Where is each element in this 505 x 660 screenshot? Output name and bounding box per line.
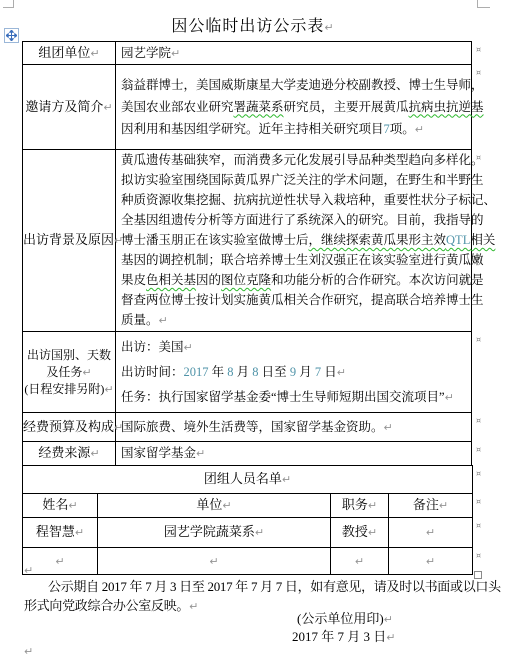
pilcrow-mark: ↵ [222,499,231,512]
pilcrow-mark: ↵ [104,383,113,396]
roster-header-position[interactable]: 职务↵ [331,494,389,518]
form-value-visit-country-duration-task[interactable]: 出访：美国↵出访时间：2017 年 8 月 8 日至 9 月 7 日↵任务：执行… [116,332,472,413]
form-label-budget-composition[interactable]: 经费预算及构成↵ [23,413,116,442]
text-run: 质量。 [121,313,159,327]
roster-row: ↵↵↵↵ [23,548,473,575]
pilcrow-mark: ↵ [282,473,291,486]
text-run: 署蔬菜系 [234,100,284,114]
text-run: (日程安排另附) [24,382,104,396]
roster-header-name[interactable]: 姓名↵ [23,494,98,518]
pilcrow-mark: ↵ [384,421,393,434]
pilcrow-mark: ↵ [439,499,448,512]
text-run: 园艺学院蔬菜系 [164,524,255,539]
form-value-group-unit[interactable]: 园艺学院↵ [116,42,472,65]
form-label-visit-country-duration-task[interactable]: 出访国别、天数及任务↵(日程安排另附)↵ [23,332,116,413]
pilcrow-mark: ↵ [68,499,77,512]
text-run: 督查两位博士按计划实施黄瓜相关合作研究，提高联合培养博士生 [121,293,484,307]
pilcrow-mark: ↵ [82,366,91,379]
text-run: 及任务 [46,365,82,379]
text-run: 年 [232,579,251,594]
roster-cell-position[interactable]: ↵ [331,548,389,575]
end-of-row-mark: ¤ [476,522,481,530]
text-run: 2017 年 7 月 3 日 [292,629,386,644]
roster-section-title[interactable]: 团组人员名单↵ [23,466,473,494]
pilcrow-mark: ↵ [255,526,264,539]
end-of-row-mark: ¤ [476,46,481,54]
form-value-inviter-profile[interactable]: 翁益群博士，美国威斯康星大学麦迪逊分校副教授、博士生导师，美国农业部农业研究署蔬… [116,65,472,150]
pilcrow-mark: ↵ [426,555,435,568]
text-run: 翁益群博士，美国威斯康星大学麦迪逊分校副教授、博士生导师， [121,78,484,92]
pilcrow-mark: ↵ [24,645,33,658]
notice-date-line[interactable]: 2017 年 7 月 3 日↵ [292,627,395,648]
pilcrow-mark: ↵ [196,447,205,460]
text-run: 教授 [342,524,368,539]
text-run: 月 [257,579,276,594]
table-resize-handle[interactable] [474,571,482,579]
text-run: 出访背景及原因 [23,232,114,247]
visit-form-table: 组团单位↵园艺学院↵邀请方及简介↵翁益群博士，美国威斯康星大学麦迪逊分校副教授、… [22,41,472,466]
text-run: 2017 [102,579,127,594]
roster-cell-remark[interactable]: ↵ [389,518,473,548]
end-of-row-mark: ¤ [476,154,481,162]
text-run: 年 [209,365,228,379]
end-of-row-mark: ¤ [476,417,481,425]
end-of-row-mark: ¤ [476,470,481,478]
text-run: 种质资源收集挖掘、抗病抗逆性状导入栽培种，重要性状分子标记、 [121,193,496,207]
text-run: 抗病虫抗逆基 [409,100,484,114]
public-notice-paragraph[interactable]: 公示期自 2017 年 7 月 3 日至 2017 年 7 月 7 日，如有意见… [24,577,476,616]
text-run: 日，如有意见，请及时以书面或以口头 [282,579,501,594]
text-run: 全基因组遗传分析等方面进行了系统深入的研究。目前，我指导的 [121,213,484,227]
text-run: 月 [234,365,253,379]
roster-header-remark[interactable]: 备注↵ [389,494,473,518]
text-run: 职务 [342,497,368,512]
pilcrow-mark: ↵ [324,21,333,34]
form-label-group-unit[interactable]: 组团单位↵ [23,42,116,65]
form-label-visit-background[interactable]: 出访背景及原因↵ [23,150,116,332]
text-run: 出访：美国 [121,340,184,354]
pilcrow-mark: ↵ [189,600,198,613]
text-run: 日至 [176,579,207,594]
form-row-group-unit: 组团单位↵园艺学院↵ [23,42,472,65]
roster-cell-name[interactable]: ↵ [23,548,98,575]
text-run: 项。 [390,122,415,136]
end-of-row-mark: ¤ [476,336,481,344]
pilcrow-mark: ↵ [426,526,435,539]
roster-cell-name[interactable]: 程智慧↵ [23,518,98,548]
pilcrow-mark: ↵ [209,555,218,568]
text-run: 博士潘玉朋正在该实验室做博士后 [121,233,309,247]
text-run: 2017 [208,579,233,594]
text-run: 国际旅费、境外生活费等，国家留学基金资助。 [121,420,384,434]
pilcrow-mark: ↵ [415,123,424,136]
end-of-row-mark: ¤ [476,69,481,77]
text-run: 2017 [184,365,209,379]
text-run: 程智慧 [36,524,75,539]
pilcrow-mark: ↵ [355,555,364,568]
roster-row: 程智慧↵园艺学院蔬菜系↵教授↵↵ [23,518,473,548]
form-value-funding-source[interactable]: 国家留学基金↵ [116,442,472,466]
pilcrow-mark: ↵ [386,631,395,644]
text-run: 因的 [196,273,221,287]
text-run: 形式向党政综合办公室反映。 [24,598,189,613]
roster-cell-unit[interactable]: 园艺学院蔬菜系↵ [98,518,331,548]
end-of-row-mark: ¤ [476,446,481,454]
text-run: 研究员，主要开展黄瓜 [284,100,409,114]
roster-header-row: 姓名↵单位↵职务↵备注↵ [23,494,473,518]
form-row-visit-background: 出访背景及原因↵黄瓜遗传基础狭窄，而消费多元化发展引导品种类型趋向多样化。拟访实… [23,150,472,332]
text-run: 拟访实验室围绕国际黄瓜界广泛关注的学术问题，在野生和半野生 [121,173,484,187]
text-run: 美国农业部农业研究 [121,100,234,114]
text-run: 图位克隆 [221,273,271,287]
text-run: 备注 [413,497,439,512]
roster-cell-position[interactable]: 教授↵ [331,518,389,548]
roster-cell-unit[interactable]: ↵ [98,548,331,575]
text-run: 日至 [259,365,290,379]
personnel-roster-table: 团组人员名单↵姓名↵单位↵职务↵备注↵程智慧↵园艺学院蔬菜系↵教授↵↵↵↵↵↵ [22,465,473,575]
text-run: 和功能分析的合作研究。本次访问就是 [271,273,484,287]
margin-crop-mark-top-left [3,0,14,8]
text-run: 组团单位 [38,45,90,60]
margin-crop-mark-top-right [477,0,490,8]
text-run: 月 [296,365,315,379]
pilcrow-mark: ↵ [337,366,346,379]
pilcrow-mark: ↵ [159,314,168,327]
pilcrow-mark: ↵ [368,499,377,512]
text-run: 姓名 [42,497,68,512]
pilcrow-mark: ↵ [368,526,377,539]
text-run: 相关 [470,233,495,247]
text-run: 经费来源 [38,445,90,460]
table-move-handle[interactable] [4,28,19,43]
pilcrow-mark: ↵ [55,555,64,568]
pilcrow-mark: ↵ [24,564,33,577]
form-label-inviter-profile[interactable]: 邀请方及简介↵ [23,65,116,150]
text-run: 色相关基 [146,273,196,287]
form-label-funding-source[interactable]: 经费来源↵ [23,442,116,466]
text-run: 基因的调控机制；联合培养博士生刘汉强正在该实验室进行黄瓜嫩 [121,253,484,267]
pilcrow-mark: ↵ [384,613,393,626]
roster-section-title-row: 团组人员名单↵ [23,466,473,494]
text-run: 出访国别、天数 [27,348,111,362]
text-run: 黄瓜遗传基础狭窄，而消费多元化发展引导品种类型趋向多样化。 [121,153,484,167]
pilcrow-mark: ↵ [75,526,84,539]
roster-header-unit[interactable]: 单位↵ [98,494,331,518]
end-of-row-mark: ¤ [476,498,481,506]
pilcrow-mark: ↵ [171,47,180,60]
text-run: ，继续探索黄瓜果形主效 [309,233,447,247]
form-value-budget-composition[interactable]: 国际旅费、境外生活费等，国家留学基金资助。↵ [116,413,472,442]
text-run: 日 [321,365,337,379]
form-value-visit-background[interactable]: 黄瓜遗传基础狭窄，而消费多元化发展引导品种类型趋向多样化。拟访实验室围绕国际黄瓜… [116,150,472,332]
text-run: 月 [151,579,170,594]
pilcrow-mark: ↵ [103,101,112,114]
text-run: (公示单位用印) [297,611,384,626]
pilcrow-mark: ↵ [90,47,99,60]
end-of-row-mark: ¤ [476,552,481,560]
text-run: QTL [446,233,470,247]
document-title[interactable]: 因公临时出访公示表↵ [0,13,505,36]
text-run: 果皮 [121,273,146,287]
move-arrows-icon [6,30,17,41]
pilcrow-mark: ↵ [90,447,99,460]
form-row-funding-source: 经费来源↵国家留学基金↵ [23,442,472,466]
text-run: 国家留学基金 [121,446,196,460]
text-run: 邀请方及简介 [25,99,103,114]
text-run: 团组人员名单 [204,471,282,486]
text-run: 公示期自 [48,579,102,594]
text-run: 出访时间： [121,365,184,379]
document-title-text: 因公临时出访公示表 [171,18,324,35]
form-tables: 组团单位↵园艺学院↵邀请方及简介↵翁益群博士，美国威斯康星大学麦迪逊分校副教授、… [22,41,472,575]
roster-cell-remark[interactable]: ↵ [389,548,473,575]
pilcrow-mark: ↵ [184,341,193,354]
pilcrow-mark: ↵ [445,391,454,404]
word-document-page: 因公临时出访公示表↵ 组团单位↵园艺学院↵邀请方及简介↵翁益群博士，美国威斯康星… [0,0,505,660]
text-run: 单位 [196,497,222,512]
form-row-visit-country-duration-task: 出访国别、天数及任务↵(日程安排另附)↵出访：美国↵出访时间：2017 年 8 … [23,332,472,413]
text-run: 年 [127,579,146,594]
form-row-inviter-profile: 邀请方及简介↵翁益群博士，美国威斯康星大学麦迪逊分校副教授、博士生导师，美国农业… [23,65,472,150]
text-run: 园艺学院 [121,46,171,60]
form-row-budget-composition: 经费预算及构成↵国际旅费、境外生活费等，国家留学基金资助。↵ [23,413,472,442]
text-run: 任务：执行国家留学基金委“博士生导师短期出国交流项目” [121,390,445,404]
text-run: 经费预算及构成 [23,419,114,434]
text-run: 因利用和基因组学研究。近年主持相关研究项目 [121,122,384,136]
